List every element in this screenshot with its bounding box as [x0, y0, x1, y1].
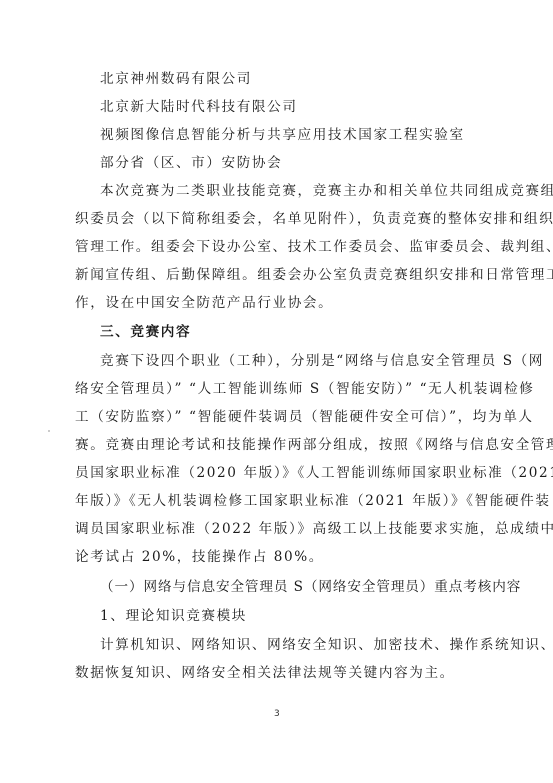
organizer-line: 部分省（区、市）安防协会 [100, 154, 500, 172]
paragraph-line: 管理工作。组委会下设办公室、技术工作委员会、监审委员会、裁判组、 [75, 238, 475, 256]
paragraph-line: 赛。竞赛由理论考试和技能操作两部分组成，按照《网络与信息安全管理 [75, 436, 475, 454]
section-heading: 三、竞赛内容 [100, 323, 500, 341]
document-page: 北京神州数码有限公司 北京新大陆时代科技有限公司 视频图像信息智能分析与共享应用… [0, 0, 553, 783]
paragraph-line: 本次竞赛为二类职业技能竞赛，竞赛主办和相关单位共同组成竞赛组 [100, 182, 500, 200]
scan-artifact [48, 430, 50, 432]
organizer-line: 北京新大陆时代科技有限公司 [100, 98, 500, 116]
paragraph-line: 竞赛下设四个职业（工种），分别是“网络与信息安全管理员 S（网 [100, 352, 500, 370]
paragraph-line: 作，设在中国安全防范产品行业协会。 [75, 294, 475, 312]
paragraph-line: 论考试占 20%，技能操作占 80%。 [75, 548, 475, 566]
page-number: 3 [274, 709, 280, 719]
paragraph-line: 络安全管理员）” “人工智能训练师 S（智能安防）” “无人机装调检修 [75, 380, 475, 398]
organizer-line: 北京神州数码有限公司 [100, 70, 500, 88]
paragraph-line: 织委员会（以下简称组委会，名单见附件），负责竞赛的整体安排和组织 [75, 210, 475, 228]
paragraph-line: 新闻宣传组、后勤保障组。组委会办公室负责竞赛组织安排和日常管理工 [75, 266, 475, 284]
paragraph-line: 年版）》《无人机装调检修工国家职业标准（2021 年版）》《智能硬件装 [75, 492, 475, 510]
paragraph-line: 员国家职业标准（2020 年版）》《人工智能训练师国家职业标准（2021 [75, 464, 475, 482]
paragraph-line: 工（安防监察）” “智能硬件装调员（智能硬件安全可信）”，均为单人 [75, 408, 475, 426]
item-heading: 1、理论知识竞赛模块 [100, 607, 500, 625]
paragraph-line: 计算机知识、网络知识、网络安全知识、加密技术、操作系统知识、 [100, 636, 500, 654]
paragraph-line: 数据恢复知识、网络安全相关法律法规等关键内容为主。 [75, 664, 475, 682]
paragraph-line: 调员国家职业标准（2022 年版）》高级工以上技能要求实施，总成绩中理 [75, 520, 475, 538]
organizer-line: 视频图像信息智能分析与共享应用技术国家工程实验室 [100, 126, 500, 144]
subsection-heading: （一）网络与信息安全管理员 S（网络安全管理员）重点考核内容 [100, 578, 500, 596]
